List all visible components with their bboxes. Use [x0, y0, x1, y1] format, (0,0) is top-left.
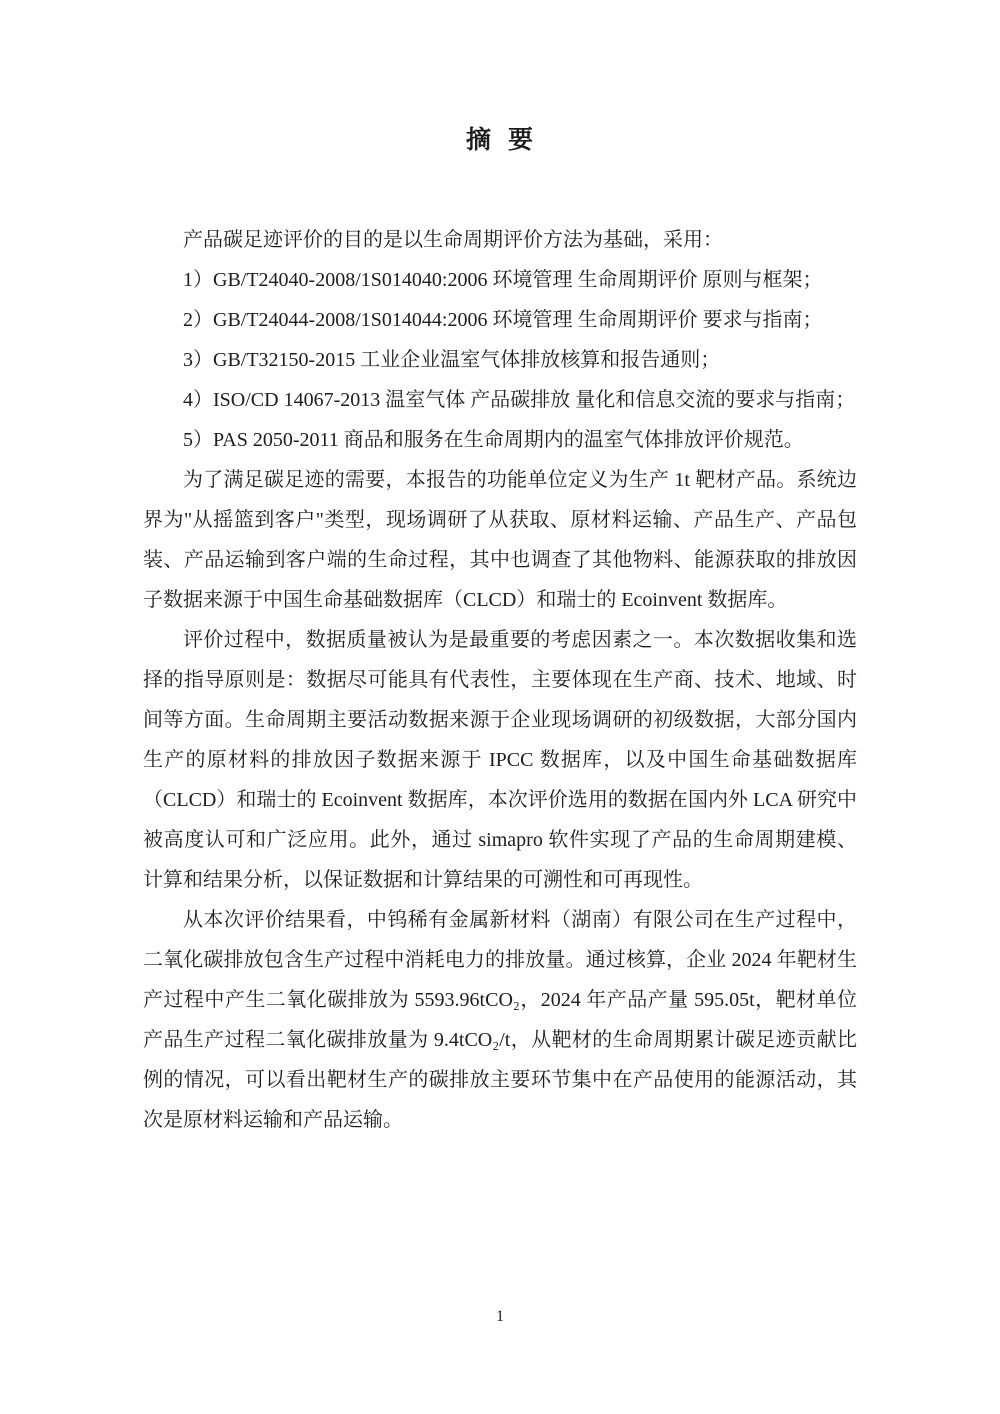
standard-list-item-1: 1）GB/T24040-2008/1S014040:2006 环境管理 生命周期… — [143, 260, 857, 300]
intro-paragraph: 产品碳足迹评价的目的是以生命周期评价方法为基础，采用： — [143, 220, 857, 260]
document-body: 产品碳足迹评价的目的是以生命周期评价方法为基础，采用： 1）GB/T24040-… — [143, 220, 857, 1140]
standard-list-item-5: 5）PAS 2050-2011 商品和服务在生命周期内的温室气体排放评价规范。 — [143, 420, 857, 460]
standard-list-item-4: 4）ISO/CD 14067-2013 温室气体 产品碳排放 量化和信息交流的要… — [143, 380, 857, 420]
data-quality-paragraph: 评价过程中，数据质量被认为是最重要的考虑因素之一。本次数据收集和选择的指导原则是… — [143, 620, 857, 900]
standard-list-item-3: 3）GB/T32150-2015 工业企业温室气体排放核算和报告通则； — [143, 340, 857, 380]
page-title: 摘 要 — [0, 124, 1000, 158]
standard-list-item-2: 2）GB/T24044-2008/1S014044:2006 环境管理 生命周期… — [143, 300, 857, 340]
evaluation-result-paragraph: 从本次评价结果看，中钨稀有金属新材料（湖南）有限公司在生产过程中，二氧化碳排放包… — [143, 900, 857, 1140]
document-page: 摘 要 产品碳足迹评价的目的是以生命周期评价方法为基础，采用： 1）GB/T24… — [0, 0, 1000, 1414]
page-footer: 1 — [0, 1306, 1000, 1328]
page-number: 1 — [496, 1308, 504, 1325]
functional-unit-paragraph: 为了满足碳足迹的需要，本报告的功能单位定义为生产 1t 靶材产品。系统边界为"从… — [143, 460, 857, 620]
